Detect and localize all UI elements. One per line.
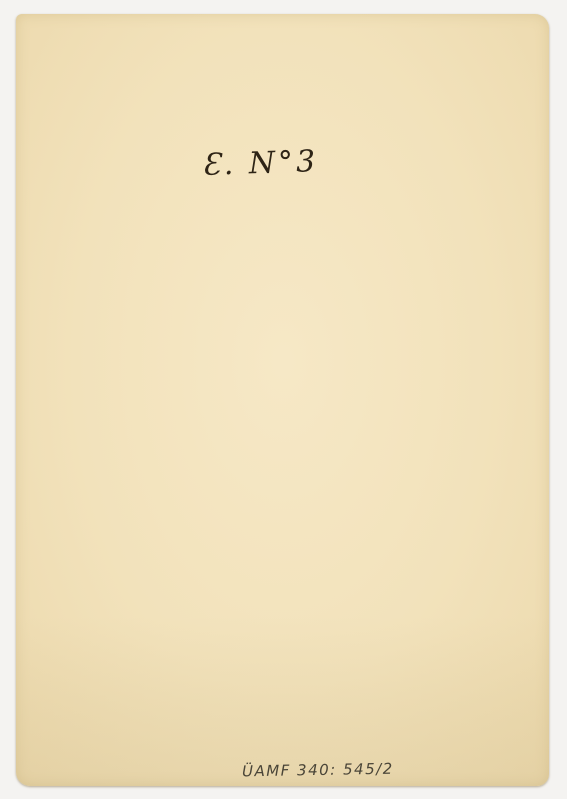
handwritten-inscription: Ɛ. N°3 <box>201 144 318 183</box>
catalog-number: ÜAMF 340: 545/2 <box>242 760 394 781</box>
photo-card-back: Ɛ. N°3 ÜAMF 340: 545/2 <box>16 14 549 786</box>
